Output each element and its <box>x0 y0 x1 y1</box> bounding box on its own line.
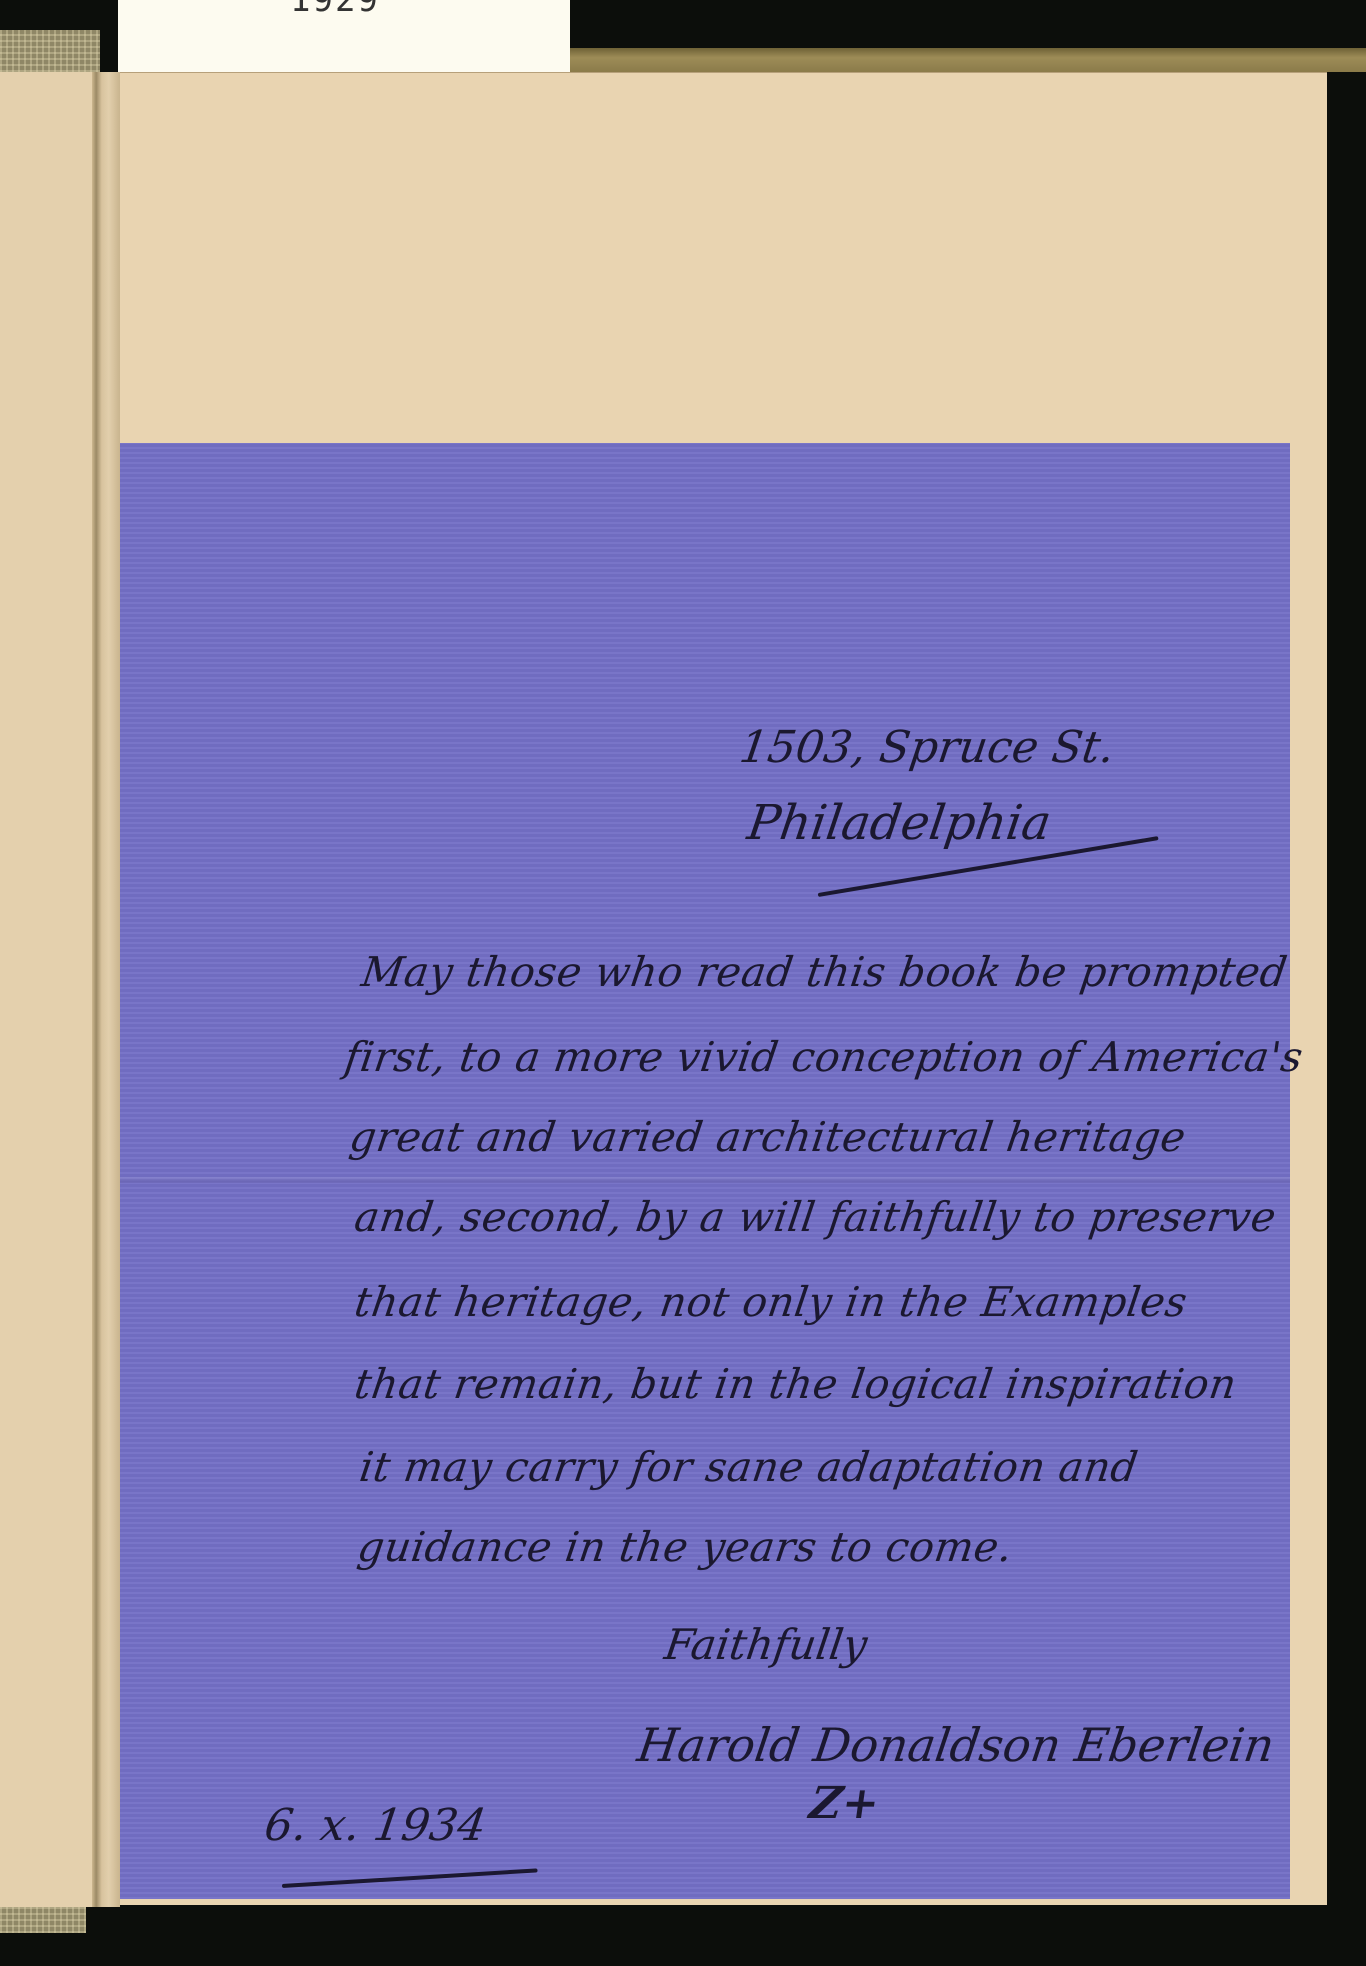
body-line-5: that heritage, not only in the Examples <box>352 1278 1191 1326</box>
catalog-label: 1929 <box>118 0 570 72</box>
body-line-8: guidance in the years to come. <box>355 1523 1016 1571</box>
body-line-2: first, to a more vivid conception of Ame… <box>342 1033 1306 1081</box>
closing: Faithfully <box>662 1620 871 1669</box>
book-cloth-top <box>0 30 100 72</box>
address-city: Philadelphia <box>744 795 1054 851</box>
body-line-6: that remain, but in the logical inspirat… <box>352 1360 1240 1408</box>
fold-crease <box>120 1177 1290 1183</box>
body-line-7: it may carry for sane adaptation and <box>357 1443 1141 1491</box>
book-board-left <box>0 72 94 1907</box>
book-gutter <box>92 72 120 1907</box>
body-line-4: and, second, by a will faithfully to pre… <box>352 1193 1280 1241</box>
signature: Harold Donaldson Eberlein <box>634 1718 1277 1772</box>
letter-sheet <box>120 443 1290 1899</box>
book-cloth-bottom <box>0 1907 86 1933</box>
signature-mark: Z+ <box>806 1778 882 1829</box>
body-line-3: great and varied architectural heritage <box>347 1113 1189 1161</box>
body-line-1: May those who read this book be prompted <box>359 948 1291 996</box>
date: 6. x. 1934 <box>261 1800 489 1851</box>
page-edge-band <box>570 48 1366 72</box>
address-street: 1503, Spruce St. <box>736 722 1117 773</box>
label-year: 1929 <box>290 0 380 20</box>
